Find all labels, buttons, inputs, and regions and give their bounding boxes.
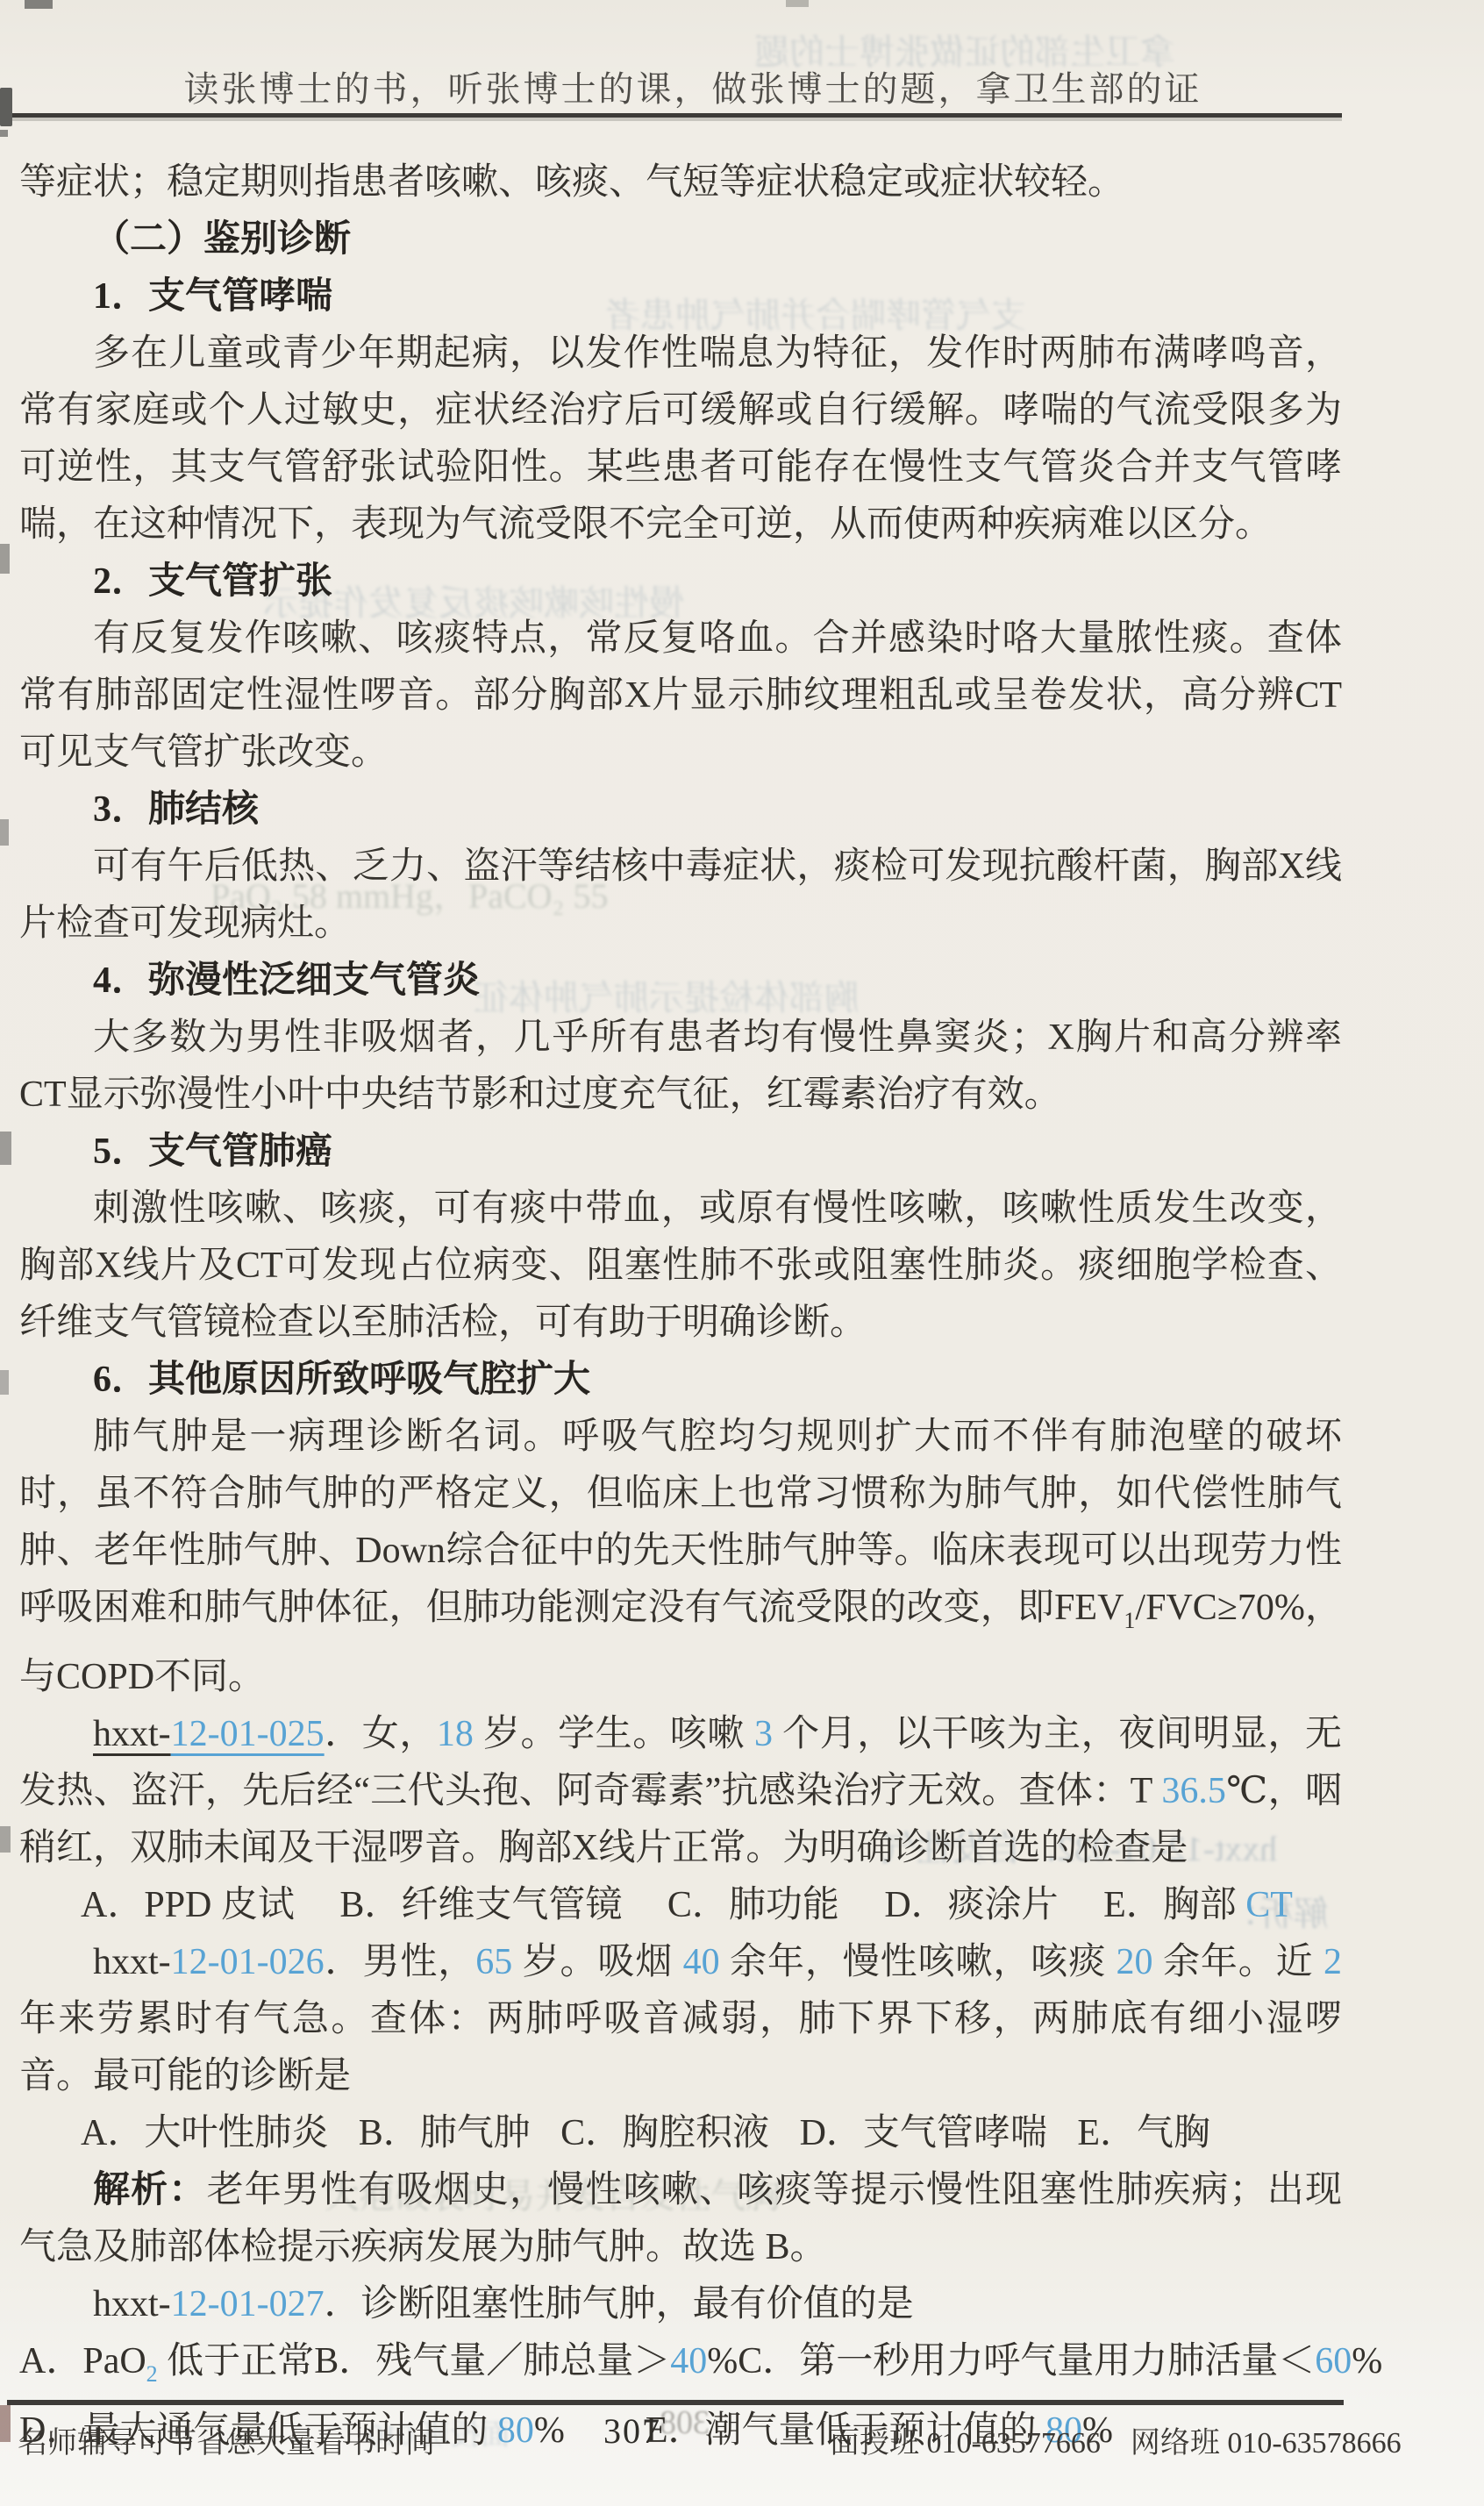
option-e: E．气胸 [1077,2105,1210,2162]
scan-artifact [0,130,8,137]
footer-tagline: 名师辅导可节省您大量看书时间 [18,2418,435,2461]
subsection-6-body: 肺气肿是一病理诊断名词。呼吸气腔均匀规则扩大而不伴有肺泡壁的破坏时，虽不符合肺气… [19,1409,1342,1706]
page-body: 等症状；稳定期则指患者咳嗽、咳痰、气短等症状稳定或症状较轻。 （二）鉴别诊断 1… [19,154,1342,2460]
subsection-4-body: 大多数为男性非吸烟者，几乎所有患者均有慢性鼻窦炎；X胸片和高分辨率CT显示弥漫性… [19,1010,1342,1124]
question-027-stem: hxxt-12-01-027．诊断阻塞性肺气肿，最有价值的是 [19,2276,1342,2333]
option-a: A．PPD 皮试 [81,1877,295,1934]
subsection-3-title: 3．肺结核 [19,782,1342,839]
question-026-options: A．大叶性肺炎 B．肺气肿 C．胸腔积液 D．支气管哮喘 E．气胸 [19,2105,1342,2162]
scan-artifact [0,1370,9,1395]
question-025-stem: hxxt-12-01-025．女，18 岁。学生。咳嗽 3 个月，以干咳为主，夜… [19,1706,1342,1877]
question-025-options: A．PPD 皮试 B．纤维支气管镜 C．肺功能 D．痰涂片 E．胸部 CT [19,1877,1342,1934]
option-e: E．胸部 CT [1103,1877,1293,1934]
option-b: B．残气量／肺总量＞40% [314,2333,738,2402]
option-d: D．痰涂片 [884,1877,1058,1934]
scanned-book-page: 拿卫生部的证做张博士的题 hxxt-12-01-032．自发性气 解析： PaO… [0,0,1484,2506]
option-c: C．胸腔积液 [560,2105,769,2162]
option-d: D．支气管哮喘 [800,2105,1047,2162]
subsection-1-body: 多在儿童或青少年期起病，以发作性喘息为特征，发作时两肺布满哮鸣音，常有家庭或个人… [19,325,1342,553]
scan-artifact [0,2405,11,2442]
question-027-options-row1: A．PaO2 低于正常 B．残气量／肺总量＞40% C．第一秒用力呼气量用力肺活… [19,2333,1342,2402]
footer-rule [7,2400,1344,2405]
option-b: B．纤维支气管镜 [339,1877,622,1934]
page-number: 307 [603,2410,661,2452]
scan-artifact [0,544,10,574]
subsection-3-body: 可有午后低热、乏力、盗汗等结核中毒症状，痰检可发现抗酸杆菌，胸部X线片检查可发现… [19,839,1342,953]
subsection-5-title: 5．支气管肺癌 [19,1124,1342,1181]
option-a: A．PaO2 低于正常 [19,2333,314,2402]
scan-artifact [25,0,53,9]
question-026-stem: hxxt-12-01-026．男性，65 岁。吸烟 40 余年，慢性咳嗽，咳痰 … [19,1934,1342,2105]
scan-artifact [0,1132,11,1165]
option-c: C．第一秒用力呼气量用力肺活量＜60% [738,2333,1382,2402]
subsection-4-title: 4．弥漫性泛细支气管炎 [19,953,1342,1010]
header-rule [12,113,1342,118]
subsection-2-body: 有反复发作咳嗽、咳痰特点，常反复咯血。合并感染时咯大量脓性痰。查体常有肺部固定性… [19,610,1342,782]
question-026-analysis: 解析：老年男性有吸烟史，慢性咳嗽、咳痰等提示慢性阻塞性肺疾病；出现气急及肺部体检… [19,2162,1342,2276]
option-c: C．肺功能 [667,1877,839,1934]
scan-artifact [786,0,809,7]
subsection-6-title: 6．其他原因所致呼吸气腔扩大 [19,1352,1342,1409]
header-slogan: 读张博士的书，听张博士的课，做张博士的题，拿卫生部的证 [0,61,1386,111]
subsection-2-title: 2．支气管扩张 [19,553,1342,610]
option-b: B．肺气肿 [359,2105,531,2162]
intro-line: 等症状；稳定期则指患者咳嗽、咳痰、气短等症状稳定或症状较轻。 [19,154,1342,211]
subsection-1-title: 1．支气管哮喘 [19,268,1342,325]
option-a: A．大叶性肺炎 [81,2105,328,2162]
subsection-5-body: 刺激性咳嗽、咳痰，可有痰中带血，或原有慢性咳嗽，咳嗽性质发生改变，胸部X线片及C… [19,1181,1342,1352]
section-heading: （二）鉴别诊断 [19,211,1342,268]
scan-artifact [0,1826,11,1853]
footer-contact: 面授班 010-63577666 网络班 010-63578666 [830,2418,1402,2461]
scan-artifact [0,819,9,846]
